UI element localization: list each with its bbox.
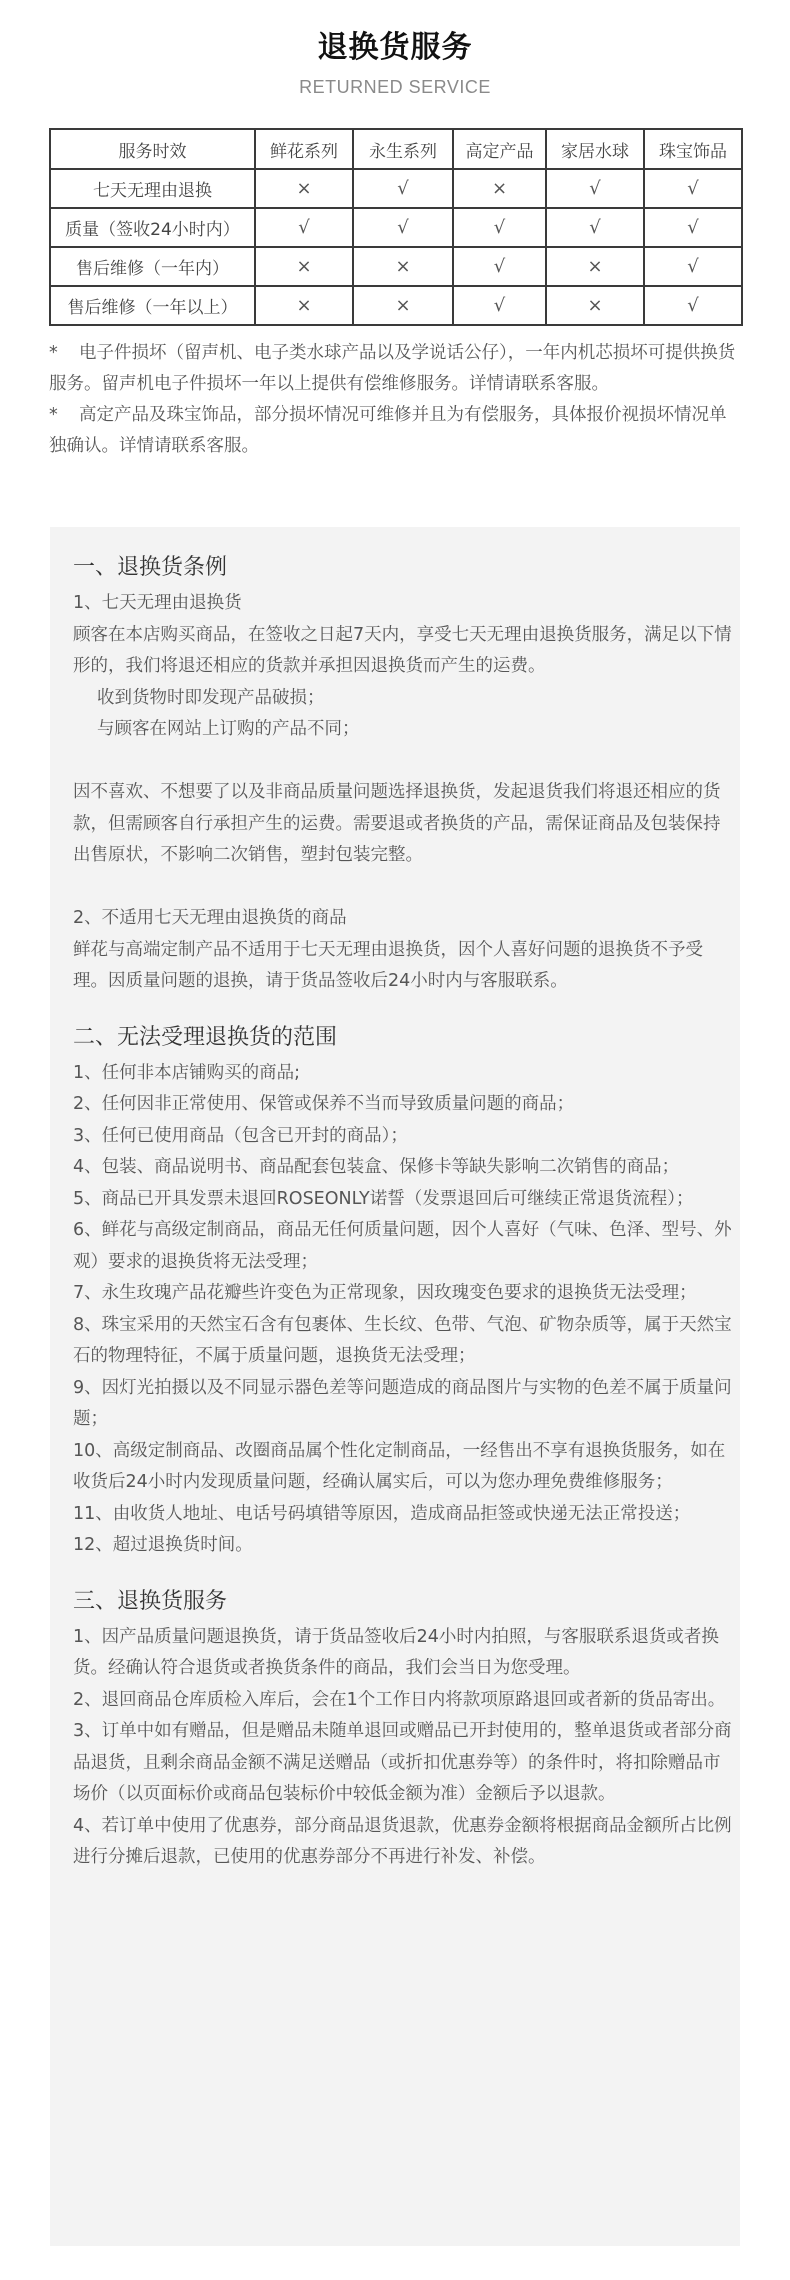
status-mark: √ xyxy=(453,247,546,286)
list-item: 收到货物时即发现产品破损； xyxy=(73,683,733,715)
list-item: 7、永生玫瑰产品花瓣些许变色为正常现象，因玫瑰变色要求的退换货无法受理； xyxy=(73,1278,733,1310)
column-header: 高定产品 xyxy=(453,129,546,169)
status-mark: × xyxy=(353,286,453,325)
footnotes: *电子件损坏（留声机、电子类水球产品以及学说话公仔），一年内机芯损坏可提供换货服… xyxy=(49,338,743,462)
table-header-row: 服务时效 鲜花系列 永生系列 高定产品 家居水球 珠宝饰品 xyxy=(50,129,742,169)
page-title: 退换货服务 xyxy=(0,22,790,66)
status-mark: √ xyxy=(353,208,453,247)
status-mark: √ xyxy=(644,208,742,247)
status-mark: √ xyxy=(453,286,546,325)
status-mark: × xyxy=(453,169,546,208)
policy-content: 一、退换货条例 1、七天无理由退换货 顾客在本店购买商品，在签收之日起7天内，享… xyxy=(73,548,733,1874)
page-subtitle: RETURNED SERVICE xyxy=(0,77,790,98)
column-header: 家居水球 xyxy=(546,129,644,169)
spacer xyxy=(73,998,733,1018)
row-label: 质量（签收24小时内） xyxy=(50,208,255,247)
list-item: 2、退回商品仓库质检入库后，会在1个工作日内将款项原路退回或者新的货品寄出。 xyxy=(73,1685,733,1717)
paragraph: 因不喜欢、不想要了以及非商品质量问题选择退换货，发起退货我们将退还相应的货款，但… xyxy=(73,777,733,872)
spacer xyxy=(73,872,733,904)
table-row: 售后维修（一年内） × × √ × √ xyxy=(50,247,742,286)
list-item: 9、因灯光拍摄以及不同显示器色差等问题造成的商品图片与实物的色差不属于质量问题； xyxy=(73,1373,733,1436)
section-heading: 一、退换货条例 xyxy=(73,548,733,588)
status-mark: × xyxy=(546,247,644,286)
list-item: 1、因产品质量问题退换货，请于货品签收后24小时内拍照，与客服联系退货或者换货。… xyxy=(73,1622,733,1685)
subsection-title: 1、七天无理由退换货 xyxy=(73,588,733,620)
list-item: 10、高级定制商品、改圈商品属个性化定制商品，一经售出不享有退换货服务，如在收货… xyxy=(73,1436,733,1499)
spacer xyxy=(73,1562,733,1582)
table-row: 七天无理由退换 × √ × √ √ xyxy=(50,169,742,208)
list-item: 3、订单中如有赠品，但是赠品未随单退回或赠品已开封使用的，整单退货或者部分商品退… xyxy=(73,1716,733,1811)
list-item: 与顾客在网站上订购的产品不同； xyxy=(73,714,733,746)
list-item: 6、鲜花与高级定制商品，商品无任何质量问题，因个人喜好（气味、色泽、型号、外观）… xyxy=(73,1215,733,1278)
list-item: 12、超过退换货时间。 xyxy=(73,1530,733,1562)
status-mark: × xyxy=(255,247,353,286)
footnote: *高定产品及珠宝饰品，部分损坏情况可维修并且为有偿服务，具体报价视损坏情况单独确… xyxy=(49,400,743,462)
asterisk-bullet: * xyxy=(49,400,79,431)
footnote-text: 电子件损坏（留声机、电子类水球产品以及学说话公仔），一年内机芯损坏可提供换货服务… xyxy=(49,343,735,394)
list-item: 11、由收货人地址、电话号码填错等原因，造成商品拒签或快递无法正常投送； xyxy=(73,1499,733,1531)
status-mark: √ xyxy=(353,169,453,208)
column-header: 珠宝饰品 xyxy=(644,129,742,169)
service-matrix-table: 服务时效 鲜花系列 永生系列 高定产品 家居水球 珠宝饰品 七天无理由退换 × … xyxy=(49,128,743,326)
list-item: 4、若订单中使用了优惠券，部分商品退货退款，优惠券金额将根据商品金额所占比例进行… xyxy=(73,1811,733,1874)
list-item: 1、任何非本店铺购买的商品; xyxy=(73,1058,733,1090)
table-row: 售后维修（一年以上） × × √ × √ xyxy=(50,286,742,325)
column-header: 服务时效 xyxy=(50,129,255,169)
table-row: 质量（签收24小时内） √ √ √ √ √ xyxy=(50,208,742,247)
status-mark: × xyxy=(255,286,353,325)
status-mark: × xyxy=(255,169,353,208)
status-mark: √ xyxy=(255,208,353,247)
footnote-text: 高定产品及珠宝饰品，部分损坏情况可维修并且为有偿服务，具体报价视损坏情况单独确认… xyxy=(49,405,727,456)
status-mark: √ xyxy=(453,208,546,247)
list-item: 4、包装、商品说明书、商品配套包装盒、保修卡等缺失影响二次销售的商品； xyxy=(73,1152,733,1184)
status-mark: √ xyxy=(644,247,742,286)
status-mark: √ xyxy=(644,286,742,325)
row-label: 售后维修（一年内） xyxy=(50,247,255,286)
footnote: *电子件损坏（留声机、电子类水球产品以及学说话公仔），一年内机芯损坏可提供换货服… xyxy=(49,338,743,400)
list-item: 3、任何已使用商品（包含已开封的商品）； xyxy=(73,1121,733,1153)
section-heading: 三、退换货服务 xyxy=(73,1582,733,1622)
row-label: 售后维修（一年以上） xyxy=(50,286,255,325)
list-item: 2、任何因非正常使用、保管或保养不当而导致质量问题的商品； xyxy=(73,1089,733,1121)
list-item: 8、珠宝采用的天然宝石含有包裹体、生长纹、色带、气泡、矿物杂质等，属于天然宝石的… xyxy=(73,1310,733,1373)
column-header: 永生系列 xyxy=(353,129,453,169)
asterisk-bullet: * xyxy=(49,338,79,369)
list-item: 5、商品已开具发票未退回ROSEONLY诺誓（发票退回后可继续正常退货流程）； xyxy=(73,1184,733,1216)
status-mark: √ xyxy=(546,169,644,208)
status-mark: × xyxy=(546,286,644,325)
status-mark: √ xyxy=(644,169,742,208)
status-mark: √ xyxy=(546,208,644,247)
status-mark: × xyxy=(353,247,453,286)
section-heading: 二、无法受理退换货的范围 xyxy=(73,1018,733,1058)
paragraph: 鲜花与高端定制产品不适用于七天无理由退换货，因个人喜好问题的退换货不予受理。因质… xyxy=(73,935,733,998)
subsection-title: 2、不适用七天无理由退换货的商品 xyxy=(73,903,733,935)
column-header: 鲜花系列 xyxy=(255,129,353,169)
spacer xyxy=(73,746,733,778)
row-label: 七天无理由退换 xyxy=(50,169,255,208)
paragraph: 顾客在本店购买商品，在签收之日起7天内，享受七天无理由退换货服务，满足以下情形的… xyxy=(73,620,733,683)
